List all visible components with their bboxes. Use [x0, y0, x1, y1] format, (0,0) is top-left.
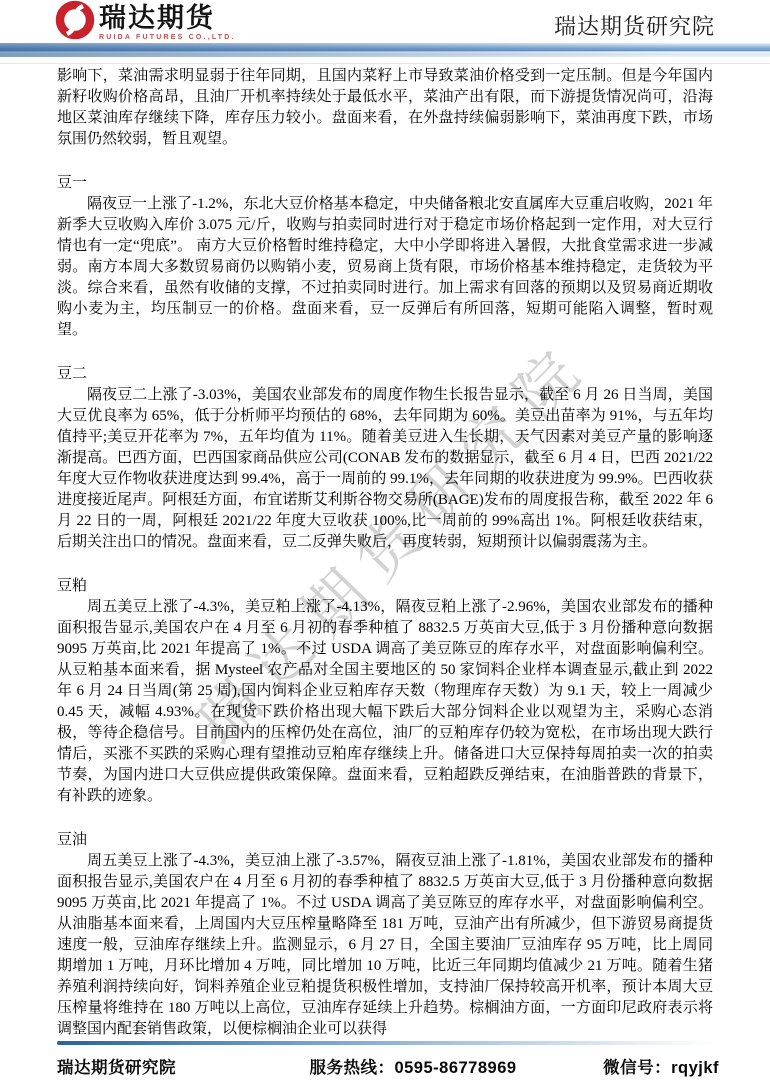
footer-wechat: 微信号：rqyjkf — [554, 1054, 719, 1078]
report-header: 瑞达期货 RUIDA FUTURES CO.,LTD. 瑞达期货研究院 — [0, 0, 770, 43]
section-douyou: 豆油 周五美豆上涨了-4.3%，美豆油上涨了-3.57%，隔夜豆油上涨了-1.8… — [57, 830, 713, 1040]
company-name: 瑞达期货 — [99, 5, 236, 32]
section-paragraph-douer: 隔夜豆二上涨了-3.03%，美国农业部发布的周度作物生长报告显示，截至 6 月 … — [57, 385, 713, 553]
section-title-doupo: 豆粕 — [57, 576, 713, 597]
header-divider-bar — [0, 43, 770, 57]
report-body: 影响下，菜油需求明显弱于往年同期，且国内菜籽上市导致菜油价格受到一定压制。但是今… — [57, 66, 713, 1040]
report-footer: 瑞达期货研究院 服务热线：0595-86778969 微信号：rqyjkf — [0, 1041, 770, 1089]
section-doupo: 豆粕 周五美豆上涨了-4.3%，美豆粕上涨了-4.13%，隔夜豆粕上涨了-2.9… — [57, 576, 713, 807]
company-logo-icon — [55, 0, 95, 45]
section-paragraph-doupo: 周五美豆上涨了-4.3%，美豆粕上涨了-4.13%，隔夜豆粕上涨了-2.96%，… — [57, 597, 713, 807]
section-douer: 豆二 隔夜豆二上涨了-3.03%，美国农业部发布的周度作物生长报告显示，截至 6… — [57, 364, 713, 553]
institute-title: 瑞达期货研究院 — [554, 10, 715, 41]
company-logo: 瑞达期货 RUIDA FUTURES CO.,LTD. — [55, 0, 236, 45]
footer-institute: 瑞达期货研究院 — [57, 1054, 272, 1078]
section-title-douyou: 豆油 — [57, 830, 713, 851]
section-title-douyi: 豆一 — [57, 173, 713, 194]
report-page: 瑞达期货 RUIDA FUTURES CO.,LTD. 瑞达期货研究院 瑞达期货… — [0, 0, 770, 1089]
footer-hotline-number: 0595-86778969 — [394, 1059, 516, 1077]
section-title-douer: 豆二 — [57, 364, 713, 385]
company-name-en: RUIDA FUTURES CO.,LTD. — [99, 34, 236, 41]
header-divider-line — [0, 63, 770, 64]
section-paragraph-douyou: 周五美豆上涨了-4.3%，美豆油上涨了-3.57%，隔夜豆油上涨了-1.81%，… — [57, 851, 713, 1040]
footer-wechat-id: rqyjkf — [671, 1059, 719, 1077]
section-paragraph-douyi: 隔夜豆一上涨了-1.2%，东北大豆价格基本稳定，中央储备粮北安直属库大豆重启收购… — [57, 194, 713, 341]
footer-row: 瑞达期货研究院 服务热线：0595-86778969 微信号：rqyjkf — [0, 1045, 770, 1078]
section-douyi: 豆一 隔夜豆一上涨了-1.2%，东北大豆价格基本稳定，中央储备粮北安直属库大豆重… — [57, 173, 713, 341]
footer-wechat-label: 微信号： — [603, 1059, 671, 1077]
paragraph-intro: 影响下，菜油需求明显弱于往年同期，且国内菜籽上市导致菜油价格受到一定压制。但是今… — [57, 66, 713, 150]
footer-hotline-label: 服务热线： — [309, 1059, 394, 1077]
footer-hotline: 服务热线：0595-86778969 — [272, 1054, 554, 1078]
